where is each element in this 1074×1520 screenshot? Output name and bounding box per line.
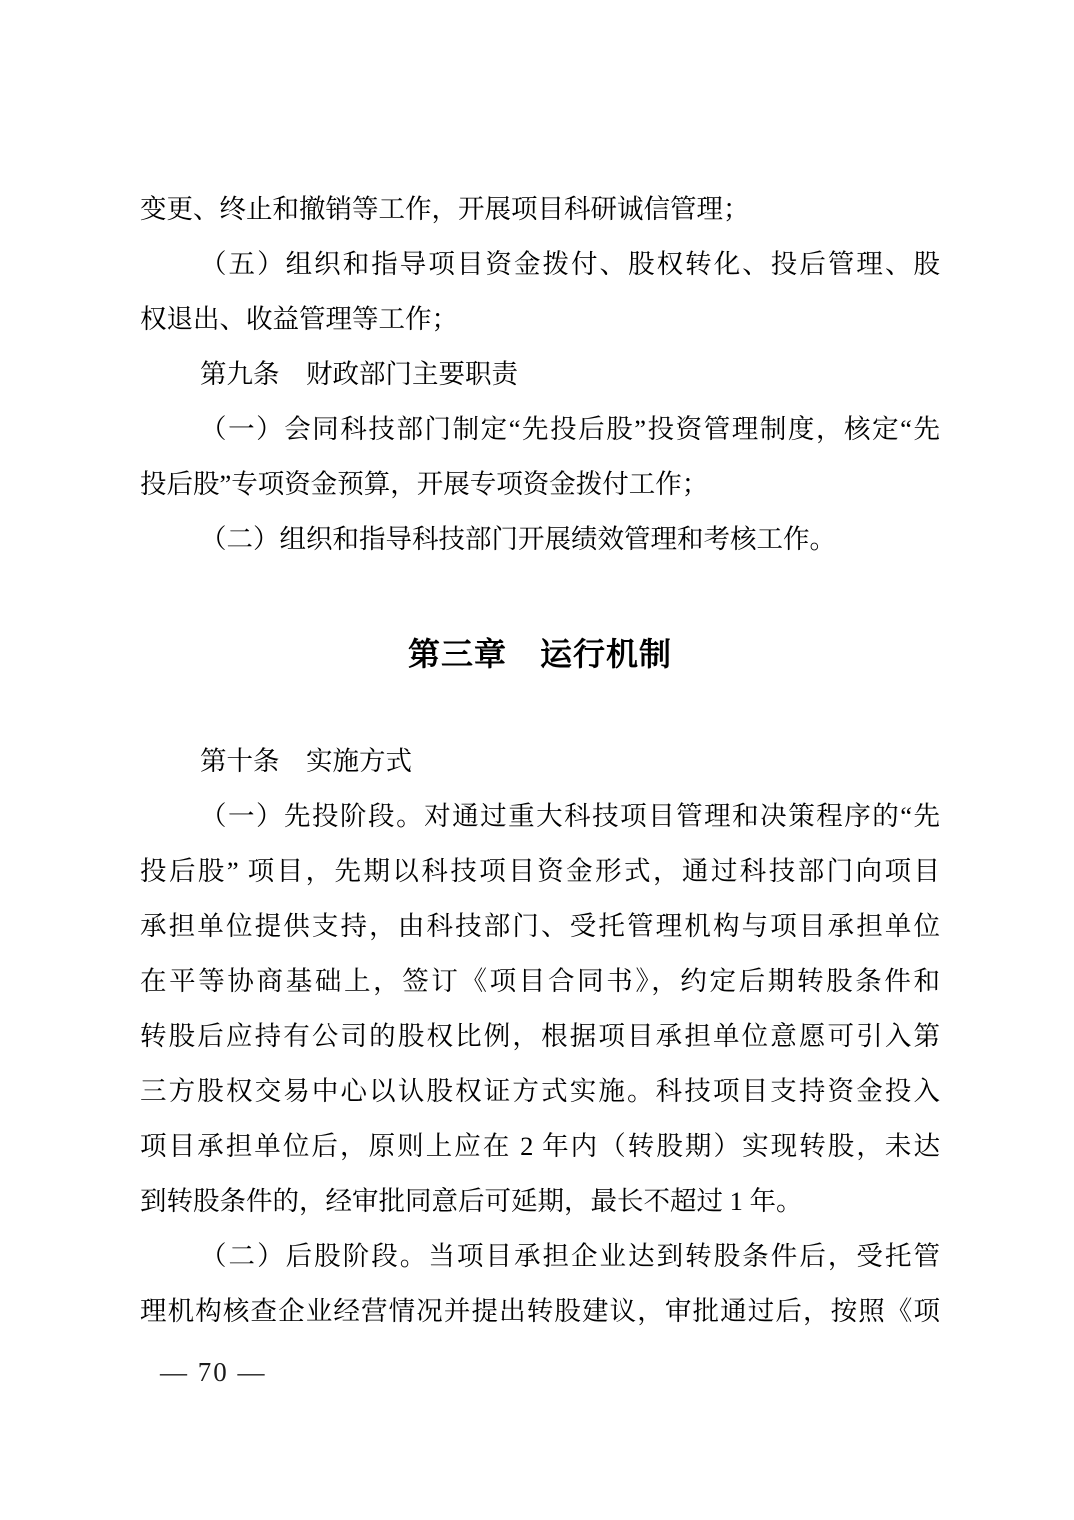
article-10-heading: 第十条 实施方式: [140, 734, 940, 789]
body-text-line: （二）组织和指导科技部门开展绩效管理和考核工作。: [140, 512, 940, 567]
body-text-line: （一）先投阶段。对通过重大科技项目管理和决策程序的“先: [140, 789, 940, 844]
body-text-line: 项目承担单位后，原则上应在 2 年内（转股期）实现转股，未达: [140, 1119, 940, 1174]
body-text-line: 理机构核查企业经营情况并提出转股建议，审批通过后，按照《项: [140, 1284, 940, 1339]
body-text-line: 三方股权交易中心以认股权证方式实施。科技项目支持资金投入: [140, 1064, 940, 1119]
body-text-line: 转股后应持有公司的股权比例，根据项目承担单位意愿可引入第: [140, 1009, 940, 1064]
body-text-line: 投后股”专项资金预算，开展专项资金拨付工作；: [140, 457, 940, 512]
document-page: 变更、终止和撤销等工作，开展项目科研诚信管理； （五）组织和指导项目资金拨付、股…: [0, 0, 1074, 1520]
body-text-line: （二）后股阶段。当项目承担企业达到转股条件后，受托管: [140, 1229, 940, 1284]
body-text-line: 承担单位提供支持，由科技部门、受托管理机构与项目承担单位: [140, 899, 940, 954]
page-number: — 70 —: [160, 1352, 267, 1392]
body-text-line: （五）组织和指导项目资金拨付、股权转化、投后管理、股: [140, 237, 940, 292]
body-text-line: 变更、终止和撤销等工作，开展项目科研诚信管理；: [140, 182, 940, 237]
body-text-line: 在平等协商基础上，签订《项目合同书》，约定后期转股条件和: [140, 954, 940, 1009]
article-9-heading: 第九条 财政部门主要职责: [140, 347, 940, 402]
body-text-line: 投后股” 项目，先期以科技项目资金形式，通过科技部门向项目: [140, 844, 940, 899]
body-text-line: 权退出、收益管理等工作；: [140, 292, 940, 347]
chapter-heading: 第三章 运行机制: [140, 627, 940, 682]
body-text-line: 到转股条件的，经审批同意后可延期，最长不超过 1 年。: [140, 1174, 940, 1229]
page-body: 变更、终止和撤销等工作，开展项目科研诚信管理； （五）组织和指导项目资金拨付、股…: [140, 182, 940, 1339]
body-text-line: （一）会同科技部门制定“先投后股”投资管理制度，核定“先: [140, 402, 940, 457]
